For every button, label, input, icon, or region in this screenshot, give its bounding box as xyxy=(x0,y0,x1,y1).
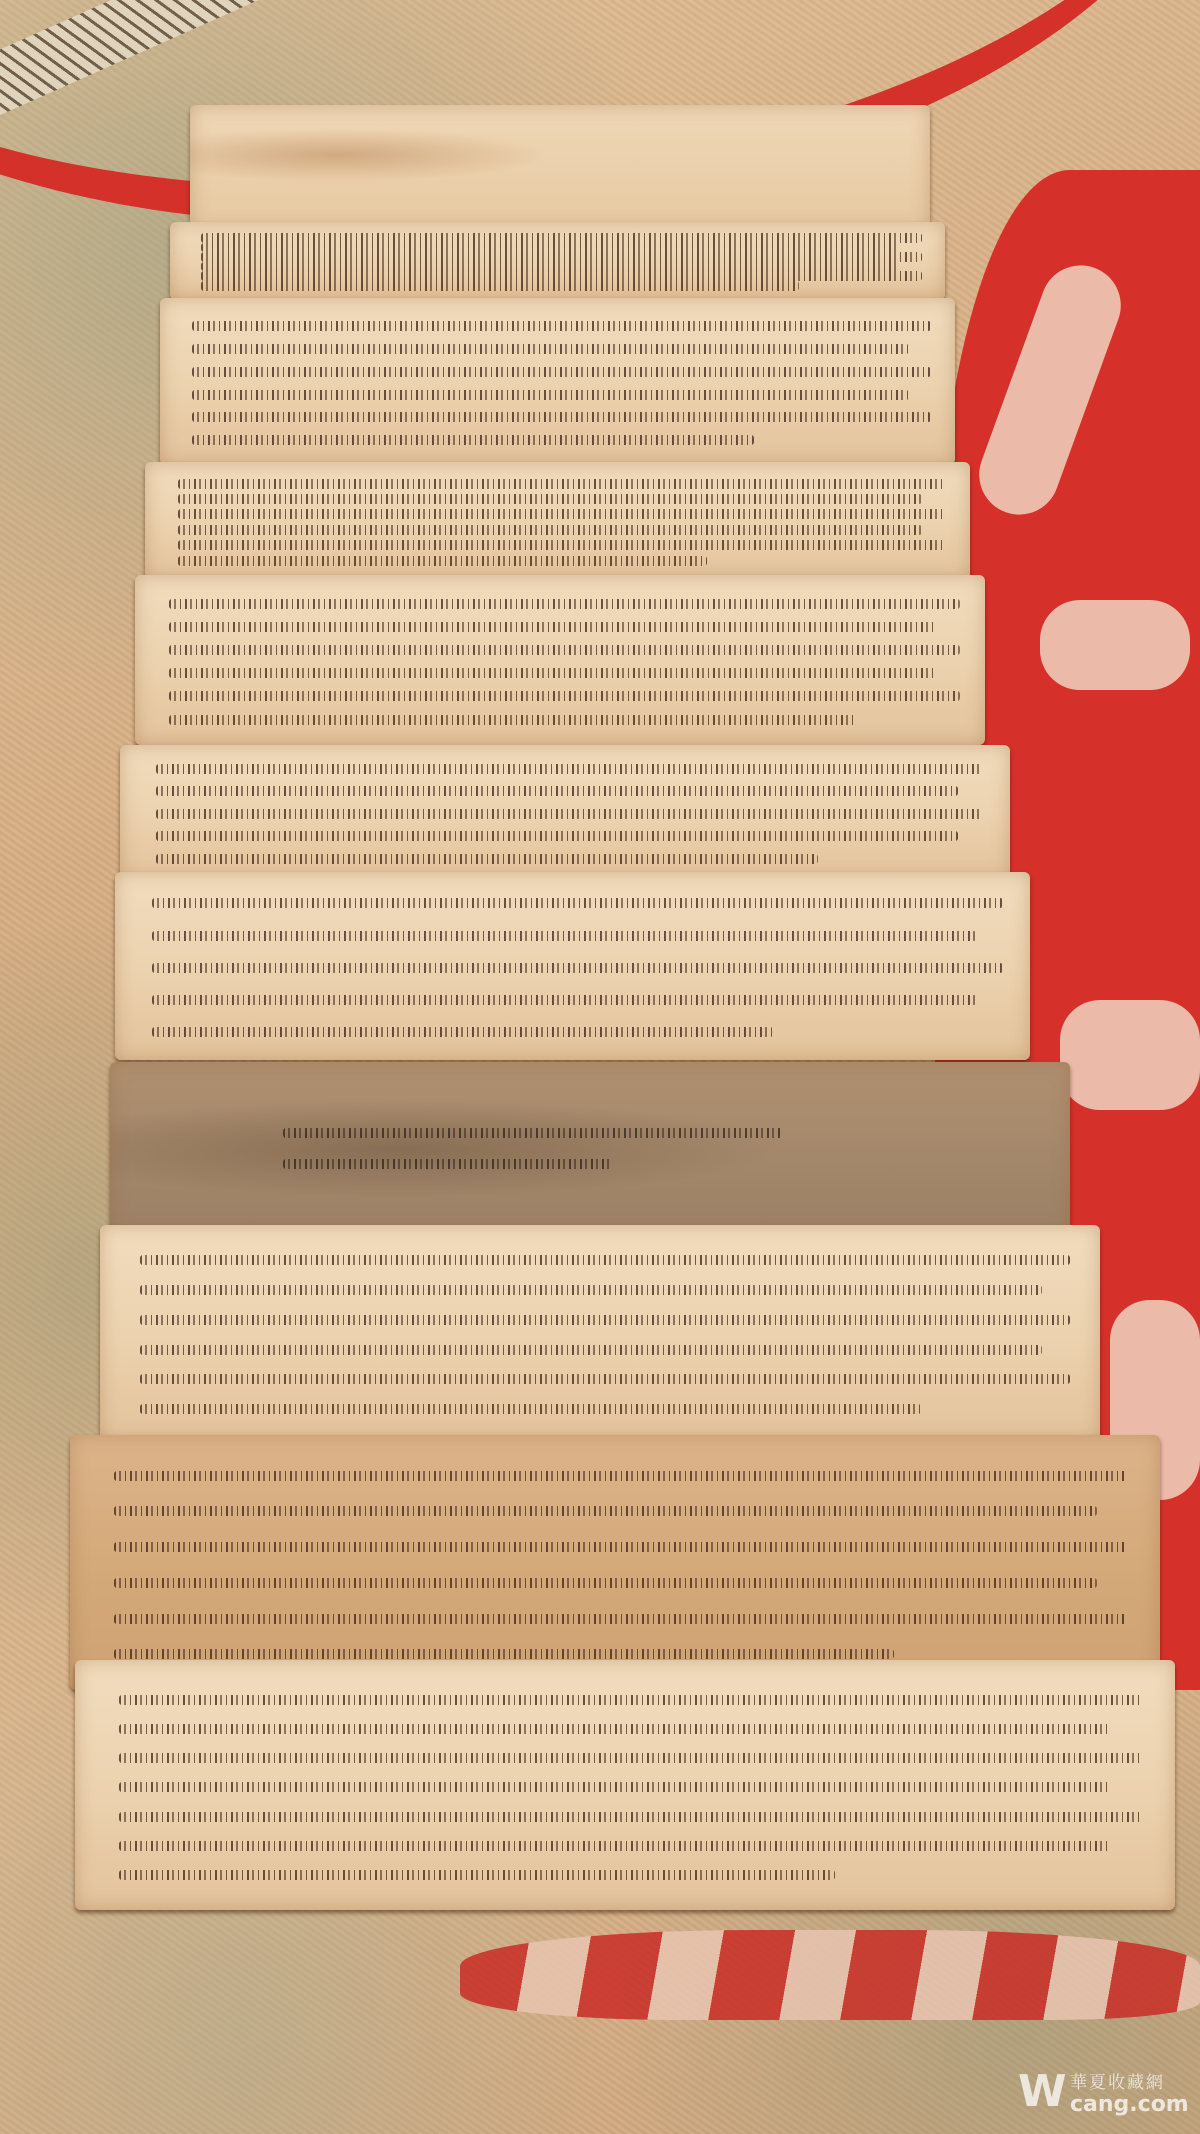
script-line xyxy=(140,1315,1070,1325)
manuscript-leaf-3 xyxy=(160,298,955,465)
script-line xyxy=(114,1614,1128,1624)
script-line xyxy=(201,281,799,291)
script-line xyxy=(119,1782,1111,1792)
script-line xyxy=(152,931,977,941)
script-line xyxy=(140,1255,1070,1265)
manuscript-leaf-7 xyxy=(115,872,1030,1060)
script-text-block xyxy=(178,479,945,566)
script-line xyxy=(140,1345,1042,1355)
script-line xyxy=(192,367,931,377)
script-line xyxy=(283,1128,782,1138)
script-line xyxy=(156,786,959,796)
script-text-block xyxy=(114,1471,1128,1660)
script-line xyxy=(119,1870,835,1880)
rug-floral-scroll xyxy=(1060,1000,1200,1110)
script-line xyxy=(114,1649,895,1659)
script-line xyxy=(169,691,960,701)
script-text-block xyxy=(152,898,1003,1037)
manuscript-leaf-2 xyxy=(170,222,945,300)
script-text-block xyxy=(192,321,931,445)
script-line xyxy=(114,1506,1097,1516)
script-line xyxy=(201,233,922,243)
script-line xyxy=(169,622,936,632)
script-line xyxy=(201,271,922,281)
script-line xyxy=(178,540,945,550)
script-line xyxy=(178,509,945,519)
watermark-chinese-text: 華夏收藏網 xyxy=(1070,2068,1165,2093)
script-line xyxy=(140,1404,921,1414)
script-text-block xyxy=(119,1695,1142,1880)
script-line xyxy=(178,479,945,489)
manuscript-leaf-5 xyxy=(135,575,985,745)
script-line xyxy=(156,809,984,819)
watermark-domain-text: cang.com xyxy=(1070,2092,1189,2117)
script-line xyxy=(283,1159,612,1169)
manuscript-leaf-9 xyxy=(100,1225,1100,1440)
script-line xyxy=(178,494,922,504)
script-text-block xyxy=(140,1255,1070,1414)
script-line xyxy=(192,435,754,445)
script-line xyxy=(152,1027,773,1037)
script-line xyxy=(201,262,900,272)
script-line xyxy=(114,1471,1128,1481)
script-text-block xyxy=(201,233,922,291)
script-line xyxy=(178,556,707,566)
script-line xyxy=(169,668,936,678)
script-line xyxy=(169,715,857,725)
script-line xyxy=(178,525,922,535)
script-text-block xyxy=(156,764,984,864)
script-line xyxy=(119,1841,1111,1851)
manuscript-leaf-11 xyxy=(75,1660,1175,1910)
script-line xyxy=(114,1578,1097,1588)
script-line xyxy=(119,1724,1111,1734)
manuscript-leaf-8 xyxy=(110,1062,1070,1235)
watermark: W 華夏收藏網 cang.com xyxy=(1018,2062,1198,2122)
script-line xyxy=(140,1285,1042,1295)
manuscript-leaf-10 xyxy=(70,1435,1160,1690)
script-line xyxy=(192,321,931,331)
script-line xyxy=(201,243,900,253)
script-line xyxy=(156,764,984,774)
script-line xyxy=(156,831,959,841)
script-line xyxy=(119,1695,1142,1705)
script-line xyxy=(119,1812,1142,1822)
watermark-logo-icon: W xyxy=(1018,2066,1062,2118)
rug-red-pattern xyxy=(460,1930,1200,2020)
script-line xyxy=(140,1374,1070,1384)
rug-floral-scroll xyxy=(1040,600,1190,690)
script-text-block xyxy=(169,599,960,725)
script-line xyxy=(169,645,960,655)
manuscript-leaf-4 xyxy=(145,462,970,580)
script-line xyxy=(152,995,977,1005)
script-line xyxy=(152,898,1003,908)
script-text-block xyxy=(283,1128,782,1170)
script-line xyxy=(152,963,1003,973)
script-line xyxy=(156,854,818,864)
script-line xyxy=(192,390,909,400)
manuscript-leaf-6 xyxy=(120,745,1010,880)
script-line xyxy=(114,1542,1128,1552)
script-line xyxy=(119,1753,1142,1763)
script-line xyxy=(192,344,909,354)
script-line xyxy=(169,599,960,609)
script-line xyxy=(201,252,922,262)
script-line xyxy=(192,412,931,422)
manuscript-leaf-1 xyxy=(190,105,930,230)
